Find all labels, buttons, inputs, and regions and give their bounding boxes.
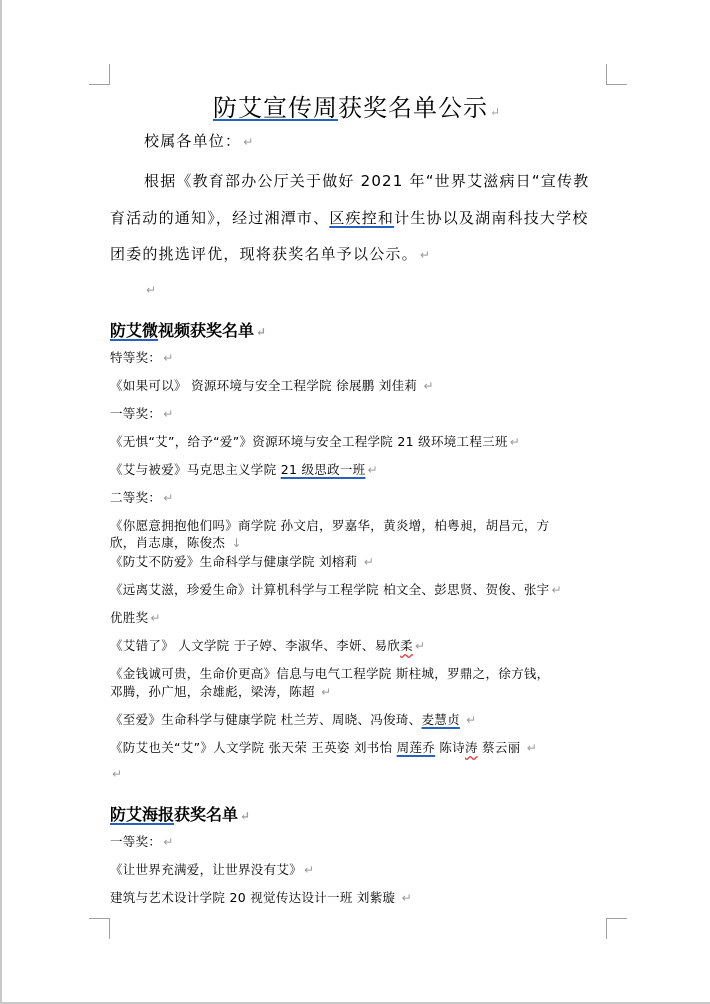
award-entry[interactable]: 《如果可以》 资源环境与安全工程学院 徐展鹏 刘佳莉 ↵: [110, 376, 434, 394]
award-label-merit[interactable]: 优胜奖↵: [110, 608, 161, 626]
paragraph-mark-icon: ↵: [304, 863, 314, 877]
paragraph-mark-icon: ↵: [551, 583, 561, 597]
entry-underlined-text: 麦慧贞: [421, 712, 459, 727]
spellcheck-flagged-text: 涛: [465, 740, 478, 755]
award-entry[interactable]: 《艾与被爱》马克思主义学院 21 级思政一班↵: [110, 460, 378, 478]
intro-underlined-text: 区疾控和: [329, 209, 394, 227]
award-label-special[interactable]: 特等奖：↵: [110, 348, 174, 366]
paragraph-mark-icon: ↵: [402, 891, 412, 905]
title-rest: 获奖名单公示: [338, 94, 488, 122]
award-entry-continued[interactable]: 邓腾，孙广旭，余雄彪，梁涛，陈超 ↵: [110, 682, 331, 700]
award-entry[interactable]: 《防艾也关“艾”》人文学院 张天荣 王英姿 刘书怡 周莲乔 陈诗涛 蔡云丽 ↵: [110, 738, 537, 756]
paragraph-mark-icon: ↵: [364, 555, 374, 569]
entry-text: 《远离艾滋，珍爱生命》计算机科学与工程学院 柏文全、彭思贤、贺俊、张宇: [110, 582, 549, 597]
paragraph-mark-icon: ↵: [510, 435, 520, 449]
margin-corner-bottom-left: [89, 918, 110, 939]
section-heading-poster[interactable]: 防艾海报获奖名单↵: [110, 802, 250, 825]
entry-text: 《让世界充满爱，让世界没有艾》: [110, 862, 302, 877]
award-label: 优胜奖: [110, 610, 148, 625]
entry-text: [460, 712, 464, 727]
heading-underlined: 防艾海报: [110, 805, 174, 824]
award-label: 一等奖：: [110, 834, 161, 849]
empty-paragraph[interactable]: ↵: [110, 766, 122, 781]
empty-paragraph[interactable]: ↵: [144, 280, 157, 298]
award-entry[interactable]: 《防艾不防爱》生命科学与健康学院 刘榕莉 ↵: [110, 552, 374, 570]
entry-text: 《无惧“艾”，给予“爱”》资源环境与安全工程学院 21 级环境工程三班: [110, 434, 508, 449]
entry-text: 《如果可以》 资源环境与安全工程学院 徐展鹏 刘佳莉: [110, 378, 422, 393]
entry-text: 《艾与被爱》马克思主义学院: [110, 462, 281, 477]
paragraph-mark-icon: ↵: [424, 379, 434, 393]
paragraph-mark-icon: ↵: [150, 611, 160, 625]
intro-text: 团委的挑选评优，现将获奖名单予以公示。: [110, 245, 418, 263]
document-page: 防艾宣传周获奖名单公示↵ 校属各单位：↵ 根据《教育部办公厅关于做好 2021 …: [0, 0, 710, 1004]
line-break-icon: ↓: [231, 536, 241, 550]
entry-text: 《防艾也关“艾”》人文学院 张天荣 王英姿 刘书怡: [110, 740, 397, 755]
entry-text: 欣，肖志康，陈俊杰: [110, 535, 229, 550]
paragraph-mark-icon: ↵: [415, 639, 425, 653]
entry-text: 《金钱诚可贵，生命价更高》信息与电气工程学院 斯柱城，罗鼎之，徐方钱，: [110, 666, 549, 681]
heading-rest: 获奖名单: [174, 805, 238, 824]
entry-underlined-text: 周莲乔: [397, 740, 435, 755]
section-heading-video[interactable]: 防艾微视频获奖名单↵: [110, 318, 266, 341]
award-entry[interactable]: 《你愿意拥抱他们吗》商学院 孙文启，罗嘉华，黄炎增，柏粤昶，胡昌元，方: [110, 516, 549, 534]
intro-line-1[interactable]: 根据《教育部办公厅关于做好 2021 年“世界艾滋病日“宣传教: [144, 170, 589, 191]
entry-text: 《防艾不防爱》生命科学与健康学院 刘榕莉: [110, 554, 362, 569]
title-underlined: 防艾宣传周: [213, 94, 338, 122]
paragraph-mark-icon: ↵: [112, 767, 122, 781]
paragraph-mark-icon: ↵: [527, 741, 537, 755]
paragraph-mark-icon: ↵: [256, 325, 266, 339]
paragraph-mark-icon: ↵: [367, 463, 377, 477]
intro-text: 根据《教育部办公厅关于做好 2021 年“世界艾滋病日“宣传教: [144, 172, 589, 190]
entry-text: 《艾错了》 人文学院 于子婷、李淑华、李妍、易欣: [110, 638, 400, 653]
paragraph-mark-icon: ↵: [420, 248, 431, 262]
heading-rest: 视频获奖名单: [158, 321, 254, 340]
award-entry-continued[interactable]: 欣，肖志康，陈俊杰 ↓: [110, 533, 242, 551]
paragraph-mark-icon: ↵: [163, 351, 173, 365]
entry-text: 蔡云丽: [478, 740, 525, 755]
margin-corner-top-left: [89, 64, 110, 85]
entry-text: 《至爱》生命科学与健康学院 杜兰芳、周晓、冯俊琦、: [110, 712, 421, 727]
award-label-first[interactable]: 一等奖：↵: [110, 404, 174, 422]
paragraph-mark-icon: ↵: [466, 713, 476, 727]
heading-underlined: 防艾微: [110, 321, 158, 340]
intro-text: 育活动的通知》，经过湘潭市、: [110, 209, 329, 227]
award-label: 一等奖：: [110, 406, 161, 421]
entry-underlined-text: 21 级思政一班: [281, 462, 366, 477]
page-title[interactable]: 防艾宣传周获奖名单公示↵: [2, 88, 710, 123]
paragraph-mark-icon: ↵: [243, 135, 254, 149]
paragraph-mark-icon: ↵: [163, 491, 173, 505]
award-entry[interactable]: 建筑与艺术设计学院 20 视觉传达设计一班 刘紫璇 ↵: [110, 888, 412, 906]
intro-text: 计生协以及湖南科技大学校: [394, 209, 588, 227]
entry-text: 陈诗: [435, 740, 465, 755]
award-entry[interactable]: 《让世界充满爱，让世界没有艾》↵: [110, 860, 314, 878]
entry-text: 《你愿意拥抱他们吗》商学院 孙文启，罗嘉华，黄炎增，柏粤昶，胡昌元，方: [110, 518, 549, 533]
award-entry[interactable]: 《艾错了》 人文学院 于子婷、李淑华、李妍、易欣柔↵: [110, 636, 425, 654]
paragraph-mark-icon: ↵: [146, 283, 157, 297]
award-entry[interactable]: 《至爱》生命科学与健康学院 杜兰芳、周晓、冯俊琦、麦慧贞 ↵: [110, 710, 477, 728]
margin-corner-bottom-right: [606, 918, 627, 939]
paragraph-mark-icon: ↵: [321, 685, 331, 699]
award-label-second[interactable]: 二等奖：↵: [110, 488, 174, 506]
award-entry[interactable]: 《金钱诚可贵，生命价更高》信息与电气工程学院 斯柱城，罗鼎之，徐方钱，: [110, 664, 549, 682]
margin-corner-top-right: [606, 64, 627, 85]
spellcheck-flagged-text: 柔: [400, 638, 413, 653]
paragraph-mark-icon: ↵: [490, 105, 501, 119]
award-label-first[interactable]: 一等奖：↵: [110, 832, 174, 850]
salutation-text: 校属各单位：: [144, 132, 241, 150]
intro-line-3[interactable]: 团委的挑选评优，现将获奖名单予以公示。↵: [110, 243, 431, 264]
paragraph-mark-icon: ↵: [163, 407, 173, 421]
paragraph-mark-icon: ↵: [163, 835, 173, 849]
entry-text: 建筑与艺术设计学院 20 视觉传达设计一班 刘紫璇: [110, 890, 400, 905]
award-label: 特等奖：: [110, 350, 161, 365]
paragraph-mark-icon: ↵: [240, 809, 250, 823]
award-entry[interactable]: 《无惧“艾”，给予“爱”》资源环境与安全工程学院 21 级环境工程三班↵: [110, 432, 520, 450]
salutation[interactable]: 校属各单位：↵: [144, 130, 254, 151]
entry-text: 邓腾，孙广旭，余雄彪，梁涛，陈超: [110, 684, 319, 699]
intro-line-2[interactable]: 育活动的通知》，经过湘潭市、区疾控和计生协以及湖南科技大学校: [110, 207, 589, 228]
award-entry[interactable]: 《远离艾滋，珍爱生命》计算机科学与工程学院 柏文全、彭思贤、贺俊、张宇↵: [110, 580, 562, 598]
award-label: 二等奖：: [110, 490, 161, 505]
